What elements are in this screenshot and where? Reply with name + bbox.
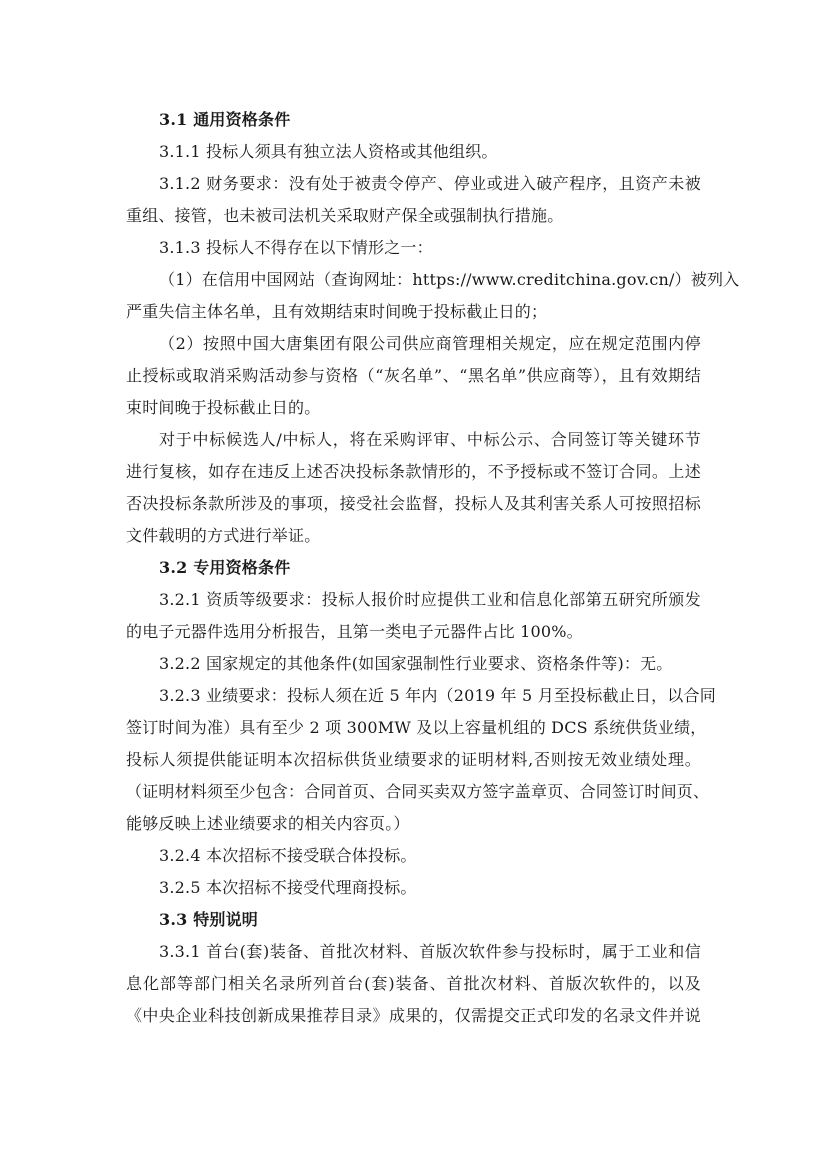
section-heading-3-3: 3.3 特别说明 [126,904,701,936]
clause-3-2-1-line-1: 3.2.1 资质等级要求：投标人报价时应提供工业和信息化部第五研究所颁发 [126,584,701,616]
clause-3-2-2: 3.2.2 国家规定的其他条件(如国家强制性行业要求、资格条件等)：无。 [126,648,701,680]
clause-3-1-2-line-2: 重组、接管，也未被司法机关采取财产保全或强制执行措施。 [126,200,701,232]
item-1-line-1: （1）在信用中国网站（查询网址：https://www.creditchina.… [126,264,701,296]
document-page: 3.1 通用资格条件 3.1.1 投标人须具有独立法人资格或其他组织。 3.1.… [126,104,701,1032]
item-2-line-3: 束时间晚于投标截止日的。 [126,392,701,424]
clause-3-2-3-line-3: 投标人须提供能证明本次招标供货业绩要求的证明材料,否则按无效业绩处理。 [126,744,701,776]
clause-3-2-4: 3.2.4 本次招标不接受联合体投标。 [126,840,701,872]
section-heading-3-2: 3.2 专用资格条件 [126,552,701,584]
clause-3-2-3-line-2: 签订时间为准）具有至少 2 项 300MW 及以上容量机组的 DCS 系统供货业… [126,712,701,744]
review-paragraph-line-2: 进行复核，如存在违反上述否决投标条款情形的，不予授标或不签订合同。上述 [126,456,701,488]
review-paragraph-line-3: 否决投标条款所涉及的事项，接受社会监督，投标人及其利害关系人可按照招标 [126,488,701,520]
clause-3-2-3-line-1: 3.2.3 业绩要求：投标人须在近 5 年内（2019 年 5 月至投标截止日，… [126,680,701,712]
clause-3-1-2-line-1: 3.1.2 财务要求：没有处于被责令停产、停业或进入破产程序，且资产未被 [126,168,701,200]
review-paragraph-line-1: 对于中标候选人/中标人，将在采购评审、中标公示、合同签订等关键环节 [126,424,701,456]
clause-3-1-1: 3.1.1 投标人须具有独立法人资格或其他组织。 [126,136,701,168]
section-heading-3-1: 3.1 通用资格条件 [126,104,701,136]
clause-3-1-3: 3.1.3 投标人不得存在以下情形之一： [126,232,701,264]
clause-3-3-1-line-3: 《中央企业科技创新成果推荐目录》成果的，仅需提交正式印发的名录文件并说 [126,1000,701,1032]
review-paragraph-line-4: 文件载明的方式进行举证。 [126,520,701,552]
item-2-line-1: （2）按照中国大唐集团有限公司供应商管理相关规定，应在规定范围内停 [126,328,701,360]
item-1-line-2: 严重失信主体名单，且有效期结束时间晚于投标截止日的； [126,296,701,328]
item-2-line-2: 止授标或取消采购活动参与资格（“灰名单”、“黑名单”供应商等），且有效期结 [126,360,701,392]
clause-3-2-3-line-5: 能够反映上述业绩要求的相关内容页。） [126,808,701,840]
clause-3-3-1-line-1: 3.3.1 首台(套)装备、首批次材料、首版次软件参与投标时，属于工业和信 [126,936,701,968]
clause-3-3-1-line-2: 息化部等部门相关名录所列首台(套)装备、首批次材料、首版次软件的，以及 [126,968,701,1000]
clause-3-2-5: 3.2.5 本次招标不接受代理商投标。 [126,872,701,904]
clause-3-2-1-line-2: 的电子元器件选用分析报告，且第一类电子元器件占比 100%。 [126,616,701,648]
clause-3-2-3-line-4: （证明材料须至少包含：合同首页、合同买卖双方签字盖章页、合同签订时间页、 [126,776,701,808]
